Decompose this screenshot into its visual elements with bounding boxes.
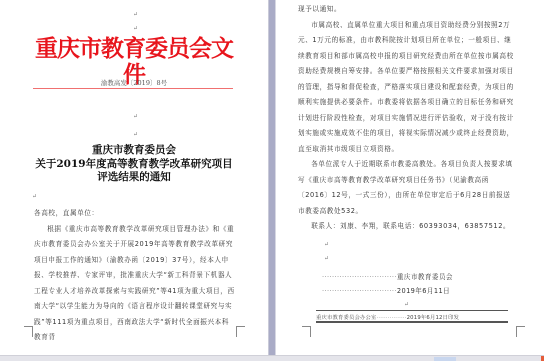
salutation: 各高校，直属单位：	[34, 206, 236, 222]
crop-mark	[516, 326, 525, 337]
paragraph-mark: ↵	[133, 132, 138, 138]
crop-mark	[302, 326, 311, 337]
paragraph-mark: ↵	[133, 114, 138, 120]
title-line-3: 评选结果的通知	[0, 171, 268, 185]
body-paragraph: 市属高校、直属单位重大项目和重点项目资助经费分别按照2万元、1万元的标准，由市教…	[298, 18, 516, 158]
leader-dots: ······························	[322, 287, 397, 295]
paragraph-mark: ↵	[324, 256, 329, 262]
document-page-left: ↵ ↵ 重庆市教育委员会文件 ↵ 渝教高发〔2019〕8号 ↵ ↵ 重庆市教育委…	[0, 0, 268, 355]
title-line-1: 重庆市教育委员会	[0, 144, 268, 158]
footer-rule-bottom	[316, 321, 508, 323]
title-line-2: 关于2019年度高等教育教学改革研究项目	[0, 158, 268, 172]
paragraph-mark: ↵	[32, 194, 37, 200]
signature-org: 重庆市教育委员会	[397, 273, 453, 281]
page-gutter	[268, 0, 276, 355]
paragraph-mark: ↵	[133, 26, 138, 32]
paragraph-mark: ↵	[133, 12, 138, 18]
signature-date: 2019年6月11日	[397, 287, 450, 295]
body-paragraph: 各单位派专人于近期联系市教委高教处。各项目负责人按要求填写《重庆市高等教育教学改…	[298, 157, 516, 219]
document-page-right: 现予以通知。 市属高校、直属单位重大项目和重点项目资助经费分别按照2万元、1万元…	[276, 0, 544, 355]
signature-date-row: ······························2019年6月11日	[322, 285, 450, 295]
continuation-line: 现予以通知。	[298, 2, 516, 18]
leader-dots: ······························	[322, 273, 397, 281]
body-paragraph: 根据《重庆市高等教育教学改革研究项目管理办法》和《重庆市教育委员会办公室关于开展…	[34, 222, 236, 346]
left-body: 各高校，直属单位： 根据《重庆市高等教育教学改革研究项目管理办法》和《重庆市教育…	[34, 206, 236, 346]
scrollbar-thumb[interactable]	[434, 357, 456, 361]
document-number: 渝教高发〔2019〕8号	[0, 78, 268, 87]
right-body: 现予以通知。 市属高校、直属单位重大项目和重点项目资助经费分别按照2万元、1万元…	[298, 2, 516, 235]
footer-rule-top	[316, 310, 508, 311]
notice-title: 重庆市教育委员会 关于2019年度高等教育教学改革研究项目 评选结果的通知	[0, 144, 268, 185]
paragraph-mark: ↵	[404, 302, 409, 308]
paragraph-mark: ↵	[133, 67, 138, 73]
contact-line: 联系人：刘康、李翔，联系电话：60393034，63857512。	[298, 219, 516, 235]
crop-mark	[236, 326, 245, 337]
horizontal-scrollbar[interactable]	[0, 355, 544, 361]
signature-org-row: ······························重庆市教育委员会	[322, 271, 453, 281]
paragraph-mark: ↵	[324, 242, 329, 248]
red-divider	[33, 88, 233, 89]
crop-mark	[24, 326, 33, 337]
footer-line: 重庆市教育委员会办公室················2019年6月12日印发	[316, 313, 508, 321]
